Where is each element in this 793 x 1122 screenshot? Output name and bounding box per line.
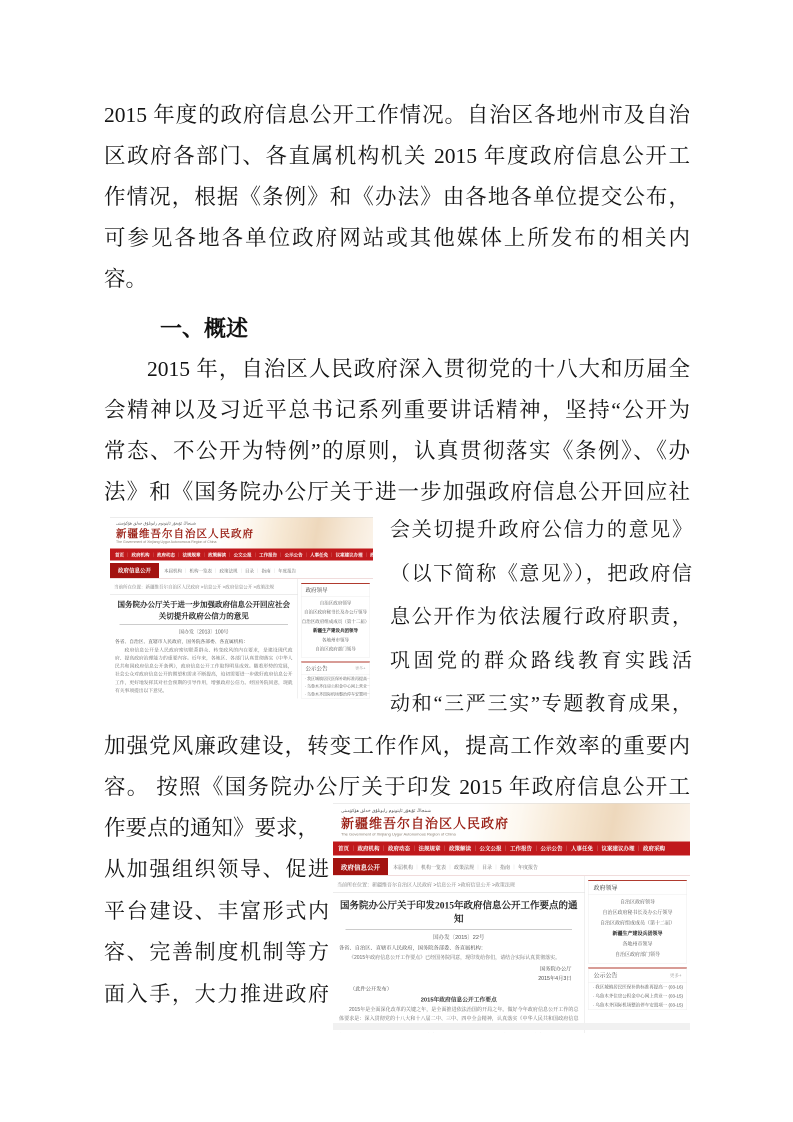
text-line: 平台建设、丰富形式内 bbox=[104, 891, 329, 933]
leaders-box: 政府领导 自治区政府领导自治区政府秘书长及办公厅领导自治区政府组成成员（第十二届… bbox=[588, 880, 687, 964]
sign-date: 2015年4月3日 bbox=[333, 974, 572, 983]
nav-item: 政府机构 bbox=[349, 845, 380, 853]
subnav-item: 年度报告 bbox=[271, 567, 297, 574]
subnav-item: 目录 bbox=[238, 567, 255, 574]
site-name-chinese: 新疆维吾尔自治区人民政府 bbox=[341, 814, 682, 833]
document-number: 国办发〔2015〕22号 bbox=[333, 933, 585, 941]
leaders-title: 政府领导 bbox=[306, 586, 328, 594]
text-line: 法》和《国务院办公厅关于进一步加强政府信息公开回应社 bbox=[104, 472, 690, 513]
nav-item: 工作报告 bbox=[252, 551, 278, 558]
nav-item: 议案建议办理 bbox=[593, 845, 635, 853]
signer: 国务院办公厅 bbox=[333, 964, 572, 973]
text-line: 常态、不公开为特例”的原则，认真贯彻落实《条例》、《办 bbox=[104, 431, 690, 472]
text-line: （以下简称《意见》），把政府信 bbox=[390, 553, 692, 597]
article-salutation: 各省、自治区、直辖市人民政府，国务院各部委、各直属机构： bbox=[339, 944, 579, 952]
notices-title: 公示公告 bbox=[306, 664, 328, 672]
text-line: 2015 年度的政府信息公开工作情况。自治区各地州市及自治 bbox=[104, 95, 690, 136]
text-line: 动和“三严三实”专题教育成果， bbox=[390, 683, 692, 727]
leader-link: 各地州市领导 bbox=[589, 939, 687, 950]
tab-info-disclosure: 政府信息公开 bbox=[110, 563, 159, 578]
subnav-item: 指南 bbox=[492, 863, 510, 871]
notices-title: 公示公告 bbox=[594, 971, 618, 980]
site-footer-bar bbox=[333, 1023, 690, 1030]
text-line: 作情况，根据《条例》和《办法》由各地各单位提交公布， bbox=[104, 177, 690, 218]
text-line: 从加强组织领导、促进 bbox=[104, 849, 329, 891]
article-title: 国务院办公厅关于进一步加强政府信息公开回应社会关切提升政府公信力的意见 bbox=[110, 595, 298, 624]
site-brand: شىنجاڭ ئۇيغۇر ئاپتونوم رايونلۇق خەلق ھۆك… bbox=[333, 804, 690, 839]
paragraph-overview: 2015 年，自治区人民政府深入贯彻党的十八大和历届全会精神以及习近平总书记系列… bbox=[104, 349, 690, 513]
site-sub-nav: 本届机构机构一览表政策法规目录指南年度报告 bbox=[388, 863, 543, 871]
text-line: 容。 按照《国务院办公厅关于印发 2015 年政府信息公开工 bbox=[104, 767, 690, 808]
leaders-title: 政府领导 bbox=[594, 884, 618, 893]
more-link: 更多+ bbox=[670, 972, 682, 979]
text-line: 容、完善制度机制等方 bbox=[104, 932, 329, 974]
site-sidebar: 政府领导 自治区政府领导自治区政府秘书长及办公厅领导自治区政府组成成员（第十二届… bbox=[585, 876, 691, 1033]
nav-item: 公文公报 bbox=[226, 551, 252, 558]
subnav-item: 年度报告 bbox=[510, 863, 538, 871]
subnav-item: 指南 bbox=[254, 567, 271, 574]
text-line: 2015 年，自治区人民政府深入贯彻党的十八大和历届全 bbox=[104, 349, 690, 390]
nav-item: 首页 bbox=[115, 551, 124, 558]
section-heading-overview: 一、概述 bbox=[160, 308, 248, 349]
nav-item: 法规规章 bbox=[175, 551, 201, 558]
gov-website-page-2: شىنجاڭ ئۇيغۇر ئاپتونوم رايونلۇق خەلق ھۆك… bbox=[333, 803, 690, 1033]
site-name-chinese: 新疆维吾尔自治区人民政府 bbox=[116, 526, 367, 541]
subnav-item: 本届机构 bbox=[164, 567, 182, 574]
site-main-nav: 首页政府机构政府动态法规规章政策解读公文公报工作报告公示公告人事任免议案建议办理… bbox=[110, 549, 373, 561]
leader-link: 新疆生产建设兵团领导 bbox=[589, 929, 687, 940]
site-brand: شىنجاڭ ئۇيغۇر ئاپتونوم رايونلۇق خەلق ھۆك… bbox=[110, 518, 373, 547]
embedded-screenshot-gov-website-2: شىنجاڭ ئۇيغۇر ئاپتونوم رايونلۇق خەلق ھۆك… bbox=[333, 803, 690, 1033]
publication-note: （此件公开发布） bbox=[350, 985, 568, 993]
document-page: 2015 年度的政府信息公开工作情况。自治区各地州市及自治区政府各部门、各直属机… bbox=[0, 0, 793, 1122]
text-line: 容。 bbox=[104, 259, 690, 300]
article-area: 当前所在位置：新疆维吾尔自治区人民政府 >信息公开 >政府信息公开 >政策法规 … bbox=[110, 579, 298, 699]
leader-link: 自治区政府领导 bbox=[302, 599, 370, 608]
tab-info-disclosure: 政府信息公开 bbox=[333, 858, 388, 875]
divider bbox=[119, 625, 288, 626]
leader-link: 各地州市领导 bbox=[302, 635, 370, 644]
site-sidebar: 政府领导 自治区政府领导自治区政府秘书长及办公厅领导自治区政府组成成员（第十二届… bbox=[298, 579, 374, 699]
article-subtitle: 2015年政府信息公开工作要点 bbox=[333, 996, 585, 1004]
leaders-box: 政府领导 自治区政府领导自治区政府秘书长及办公厅领导自治区政府组成成员（第十二届… bbox=[301, 583, 370, 657]
nav-item: 首页 bbox=[338, 845, 349, 853]
notice-link: · 乌鲁木齐国际机场整治停车安置项一 (03-15) bbox=[589, 1001, 687, 1010]
nav-item: 人事任免 bbox=[303, 551, 329, 558]
article-signature: 国务院办公厅 2015年4月3日 bbox=[333, 964, 572, 983]
subnav-item: 机构一览表 bbox=[413, 863, 446, 871]
site-tab-bar: 政府信息公开 本届机构机构一览表政策法规目录指南年度报告 bbox=[333, 858, 690, 876]
site-header: شىنجاڭ ئۇيغۇر ئاپتونوم رايونلۇق خەلق ھۆك… bbox=[110, 517, 373, 549]
leader-link: 自治区政府组成成员（第十二届） bbox=[302, 617, 370, 626]
document-number: 国办发〔2013〕100号 bbox=[110, 628, 298, 636]
nav-item: 政府机构 bbox=[124, 551, 150, 558]
text-line: 巩固党的群众路线教育实践活 bbox=[390, 640, 692, 684]
breadcrumb: 当前所在位置：新疆维吾尔自治区人民政府 >信息公开 >政府信息公开 >政策法规 bbox=[110, 579, 298, 595]
notice-link: · 乌鲁木齐国际机场整治停车安置项一 (03-15) bbox=[302, 690, 370, 698]
nav-item: 公示公告 bbox=[277, 551, 303, 558]
notice-link: · 我区城镇居民医保补助标准再提高一 (03-16) bbox=[589, 983, 687, 992]
paragraph-left-column: 从加强组织领导、促进平台建设、丰富形式内容、完善制度机制等方面入手，大力推进政府 bbox=[104, 849, 329, 1015]
text-line: 息公开作为依法履行政府职责， bbox=[390, 596, 692, 640]
site-tab-bar: 政府信息公开 本届机构机构一览表政策法规目录指南年度报告 bbox=[110, 563, 373, 579]
site-name-english: The Government of Xinjiang Uygur Autonom… bbox=[341, 832, 682, 837]
nav-item: 工作报告 bbox=[502, 845, 533, 853]
leader-link: 自治区政府部门领导 bbox=[589, 950, 687, 961]
subnav-item: 政策法规 bbox=[446, 863, 474, 871]
nav-item: 人事任免 bbox=[563, 845, 594, 853]
nav-item: 政府采购 bbox=[635, 845, 666, 853]
leader-link: 新疆生产建设兵团领导 bbox=[302, 626, 370, 635]
subnav-item: 本届机构 bbox=[393, 863, 413, 871]
nav-item: 政府动态 bbox=[150, 551, 176, 558]
more-link: 更多+ bbox=[355, 666, 365, 672]
text-line: 面入手，大力推进政府 bbox=[104, 974, 329, 1016]
notice-link: · 乌鲁木齐住房公积金中心网上营业一 (03-15) bbox=[302, 683, 370, 691]
leader-link: 自治区政府部门领导 bbox=[302, 645, 370, 654]
divider bbox=[346, 930, 572, 931]
leader-link: 自治区政府组成成员（第十二届） bbox=[589, 918, 687, 929]
site-header: شىنجاڭ ئۇيغۇر ئاپتونوم رايونلۇق خەلق ھۆك… bbox=[333, 803, 690, 842]
leader-link: 自治区政府领导 bbox=[589, 897, 687, 908]
paragraph-continued: 2015 年度的政府信息公开工作情况。自治区各地州市及自治区政府各部门、各直属机… bbox=[104, 95, 690, 300]
nav-item: 政策解读 bbox=[441, 845, 472, 853]
text-line: 区政府各部门、各直属机构机关 2015 年度政府信息公开工 bbox=[104, 136, 690, 177]
text-line: 可参见各地各单位政府网站或其他媒体上所发布的相关内 bbox=[104, 218, 690, 259]
subnav-item: 政策法规 bbox=[212, 567, 238, 574]
article-intro: 《2015年政府信息公开工作要点》已经国务院同意，现印发给你们，请结合实际认真贯… bbox=[339, 954, 579, 963]
nav-item: 政府采购 bbox=[363, 551, 373, 558]
paragraph-right-column: 会关切提升政府公信力的意见》（以下简称《意见》），把政府信息公开作为依法履行政府… bbox=[390, 509, 692, 727]
subnav-item: 目录 bbox=[474, 863, 492, 871]
nav-item: 政府动态 bbox=[380, 845, 411, 853]
leader-link: 自治区政府秘书长及办公厅领导 bbox=[589, 908, 687, 919]
breadcrumb: 当前所在位置：新疆维吾尔自治区人民政府 >信息公开 >政府信息公开 >政策法规 bbox=[333, 876, 585, 893]
notice-link: · 我区城镇居民医保补助标准再提高一 (03-16) bbox=[302, 675, 370, 683]
article-area: 当前所在位置：新疆维吾尔自治区人民政府 >信息公开 >政府信息公开 >政策法规 … bbox=[333, 876, 585, 1033]
text-line: 会关切提升政府公信力的意见》 bbox=[390, 509, 692, 553]
text-line: 会精神以及习近平总书记系列重要讲话精神，坚持“公开为 bbox=[104, 390, 690, 431]
leader-link: 自治区政府秘书长及办公厅领导 bbox=[302, 608, 370, 617]
article-title: 国务院办公厅关于印发2015年政府信息公开工作要点的通知 bbox=[333, 893, 585, 929]
subnav-item: 机构一览表 bbox=[182, 567, 212, 574]
notices-box: 公示公告 更多+ · 我区城镇居民医保补助标准再提高一 (03-16)· 乌鲁木… bbox=[301, 661, 370, 698]
article-body: 政府信息公开是人民政府密切联系群众、转变政风的内在要求，是建设现代政府、提高政府… bbox=[115, 647, 293, 695]
notices-box: 公示公告 更多+ · 我区城镇居民医保补助标准再提高一 (03-16)· 乌鲁木… bbox=[588, 968, 687, 1011]
site-name-english: The Government of Xinjiang Uygur Autonom… bbox=[116, 541, 367, 545]
nav-item: 公示公告 bbox=[532, 845, 563, 853]
nav-item: 议案建议办理 bbox=[328, 551, 363, 558]
nav-item: 法规规章 bbox=[410, 845, 441, 853]
site-main-nav: 首页政府机构政府动态法规规章政策解读公文公报工作报告公示公告人事任免议案建议办理… bbox=[333, 842, 690, 856]
nav-item: 政策解读 bbox=[201, 551, 227, 558]
article-salutation: 各省、自治区、直辖市人民政府，国务院各部委、各直属机构： bbox=[115, 638, 293, 645]
text-line: 加强党风廉政建设，转变工作作风，提高工作效率的重要内 bbox=[104, 726, 690, 767]
embedded-screenshot-gov-website-1: شىنجاڭ ئۇيغۇر ئاپتونوم رايونلۇق خەلق ھۆك… bbox=[110, 517, 373, 717]
site-sub-nav: 本届机构机构一览表政策法规目录指南年度报告 bbox=[159, 567, 301, 574]
notice-link: · 乌鲁木齐住房公积金中心网上营业一 (03-15) bbox=[589, 992, 687, 1001]
nav-item: 公文公报 bbox=[471, 845, 502, 853]
gov-website-page-1: شىنجاڭ ئۇيغۇر ئاپتونوم رايونلۇق خەلق ھۆك… bbox=[110, 517, 373, 717]
